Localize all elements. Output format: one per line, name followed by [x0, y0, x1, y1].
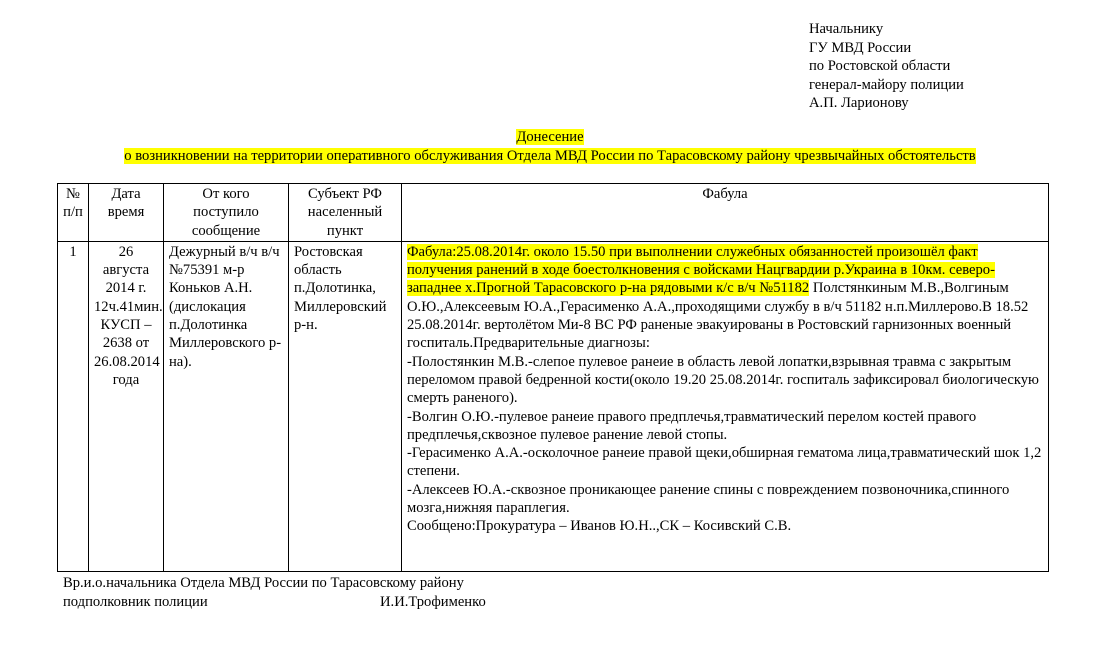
document-title: Донесение о возникновении на территории … [0, 128, 1093, 166]
addressee-line: ГУ МВД России [809, 39, 964, 58]
header-number: № п/п [58, 184, 89, 242]
addressee-block: Начальнику ГУ МВД России по Ростовской о… [809, 20, 964, 113]
cell-source: Дежурный в/ч в/ч №75391 м-р Коньков А.Н.… [164, 241, 289, 571]
addressee-line: А.П. Ларионову [809, 94, 964, 113]
cell-fabula: Фабула:25.08.2014г. около 15.50 при выпо… [402, 241, 1049, 571]
addressee-line: генерал-майору полиции [809, 76, 964, 95]
header-datetime: Дата время [89, 184, 164, 242]
header-source: От кого поступило сообщение [164, 184, 289, 242]
cell-datetime: 26 августа 2014 г. 12ч.41мин. КУСП – 263… [89, 241, 164, 571]
report-table: № п/п Дата время От кого поступило сообщ… [57, 183, 1049, 572]
cell-location: Ростовская область п.Долотинка, Миллеров… [289, 241, 402, 571]
header-fabula: Фабула [402, 184, 1049, 242]
table-row: 1 26 августа 2014 г. 12ч.41мин. КУСП – 2… [58, 241, 1049, 571]
signature-block: Вр.и.о.начальника Отдела МВД России по Т… [63, 574, 464, 611]
signature-position: Вр.и.о.начальника Отдела МВД России по Т… [63, 574, 464, 593]
cell-number: 1 [58, 241, 89, 571]
diagnosis-item: -Волгин О.Ю.-пулевое ранеие правого пред… [407, 408, 1043, 445]
addressee-line: по Ростовской области [809, 57, 964, 76]
diagnosis-item: -Алексеев Ю.А.-сквозное проникающее ране… [407, 481, 1043, 518]
header-location: Субъект РФ населенный пункт [289, 184, 402, 242]
diagnosis-item: -Полостянкин М.В.-слепое пулевое ранеие … [407, 353, 1043, 408]
fabula-reported: Сообщено:Прокуратура – Иванов Ю.Н..,СК –… [407, 517, 1043, 535]
fabula-intro: Фабула:25.08.2014г. около 15.50 при выпо… [407, 243, 1043, 353]
title-subheading: о возникновении на территории оперативно… [124, 148, 975, 164]
table-header-row: № п/п Дата время От кого поступило сообщ… [58, 184, 1049, 242]
title-heading: Донесение [516, 129, 583, 145]
signature-name: И.И.Трофименко [380, 593, 486, 612]
diagnosis-item: -Герасименко А.А.-осколочное ранеие прав… [407, 444, 1043, 481]
addressee-line: Начальнику [809, 20, 964, 39]
